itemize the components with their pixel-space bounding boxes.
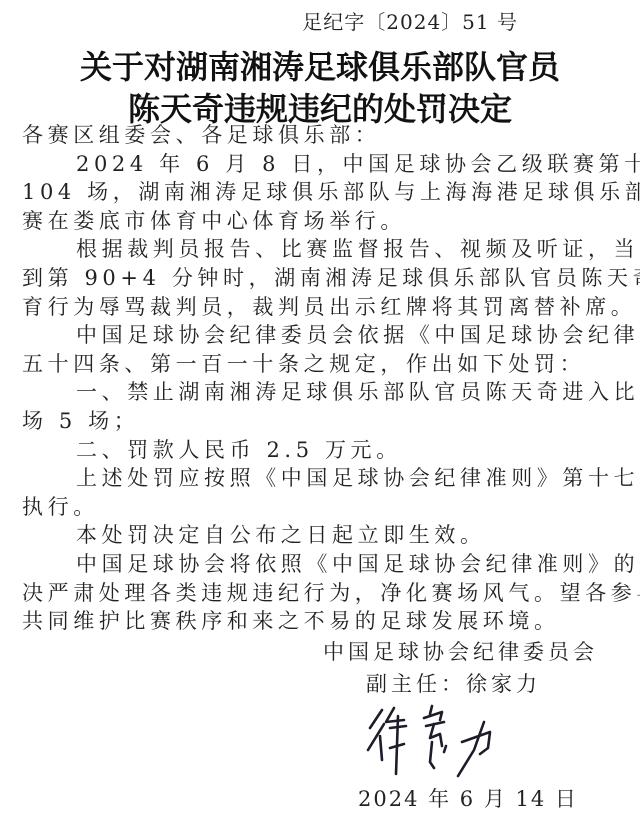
body-line: 育行为辱骂裁判员，裁判员出示红牌将其罚离替补席。 <box>22 293 622 322</box>
body-line: 中国足球协会纪律委员会依据《中国足球协会纪律准则》第 <box>22 321 622 350</box>
document-body: 各赛区组委会、各足球俱乐部： 2024 年 6 月 8 日，中国足球协会乙级联赛… <box>22 121 622 636</box>
body-line: 执行。 <box>22 493 622 522</box>
body-line: 到第 90+4 分钟时，湖南湘涛足球俱乐部队官员陈天奇实施非体 <box>22 264 622 293</box>
body-line: 五十四条、第一百一十条之规定，作出如下处罚： <box>22 350 622 379</box>
signature-organization: 中国足球协会纪律委员会 <box>323 636 598 666</box>
body-line: 二、罚款人民币 2.5 万元。 <box>22 436 622 465</box>
body-line: 场 5 场； <box>22 407 622 436</box>
signer-title: 副主任：徐家力 <box>366 668 541 698</box>
body-line: 中国足球协会将依照《中国足球协会纪律准则》的规定，坚 <box>22 550 622 579</box>
body-line: 赛在娄底市体育中心体育场举行。 <box>22 207 622 236</box>
body-line: 本处罚决定自公布之日起立即生效。 <box>22 521 622 550</box>
body-line: 2024 年 6 月 8 日，中国足球协会乙级联赛第十一轮场序第 <box>22 150 622 179</box>
body-line: 决严肃处理各类违规违纪行为，净化赛场风气。望各参与方能够 <box>22 579 622 608</box>
body-line: 一、禁止湖南湘涛足球俱乐部队官员陈天奇进入比赛体育 <box>22 378 622 407</box>
body-line: 根据裁判员报告、比赛监督报告、视频及听证，当比赛进行 <box>22 235 622 264</box>
body-line: 104 场，湖南湘涛足球俱乐部队与上海海港足球俱乐部 B 队的比 <box>22 178 622 207</box>
body-line: 共同维护比赛秩序和来之不易的足球发展环境。 <box>22 607 622 636</box>
body-line: 上述处罚应按照《中国足球协会纪律准则》第十七条的规定 <box>22 464 622 493</box>
document-number: 足纪字〔2024〕51 号 <box>302 6 518 35</box>
signature-date: 2024 年 6 月 14 日 <box>358 783 578 813</box>
body-line: 各赛区组委会、各足球俱乐部： <box>22 121 622 150</box>
handwritten-signature-icon <box>360 702 540 780</box>
title-line-1: 关于对湖南湘涛足球俱乐部队官员 <box>0 42 640 88</box>
